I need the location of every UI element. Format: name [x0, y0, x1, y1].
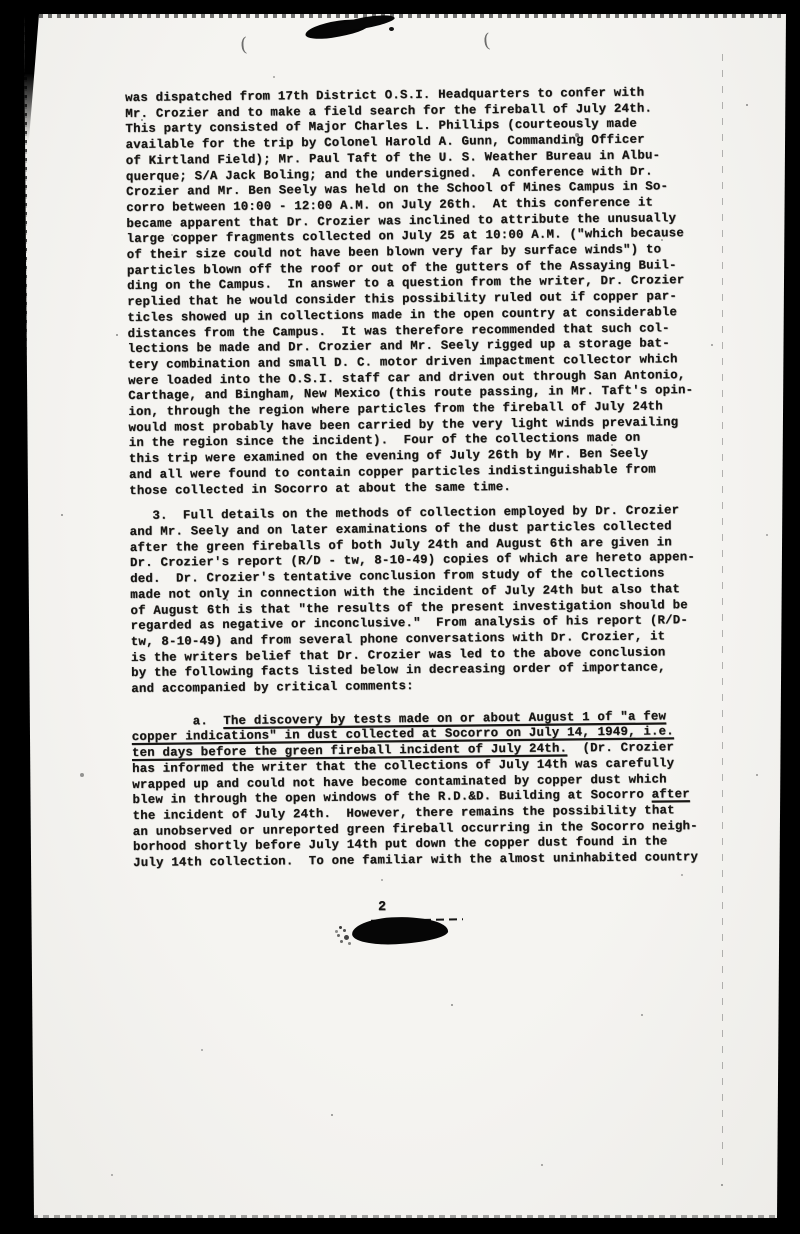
paragraph-2-continuation: was dispatched from 17th District O.S.I.…	[125, 85, 729, 500]
scan-edge-left	[21, 14, 27, 1218]
ink-dot-icon	[389, 27, 394, 31]
text-segment: a.	[132, 714, 224, 729]
text-segment: those collected in Socorro at about the …	[129, 480, 511, 498]
stray-paren-mark: (	[239, 34, 248, 56]
document-text: was dispatched from 17th District O.S.I.…	[125, 85, 733, 872]
scan-corner-streak	[22, 14, 39, 146]
text-segment: and accompanied by critical comments:	[131, 679, 414, 696]
paragraph-3a: a. The discovery by tests made on or abo…	[132, 708, 734, 871]
scan-noise-specks	[21, 14, 23, 16]
scan-edge-top	[21, 14, 786, 18]
page-number: 2	[378, 900, 386, 915]
text-segment: (Dr. Crozier	[567, 740, 674, 755]
scanned-paper-sheet: ( ( was dispatched from 17th District O.…	[21, 14, 786, 1218]
paragraph-3: 3. Full details on the methods of collec…	[129, 503, 731, 698]
underlined-text-segment: after	[652, 787, 690, 801]
stray-paren-mark: (	[482, 30, 491, 53]
ink-spray-specks	[339, 926, 342, 929]
scan-noise-specks	[21, 14, 23, 16]
scan-edge-bottom	[21, 1215, 786, 1218]
